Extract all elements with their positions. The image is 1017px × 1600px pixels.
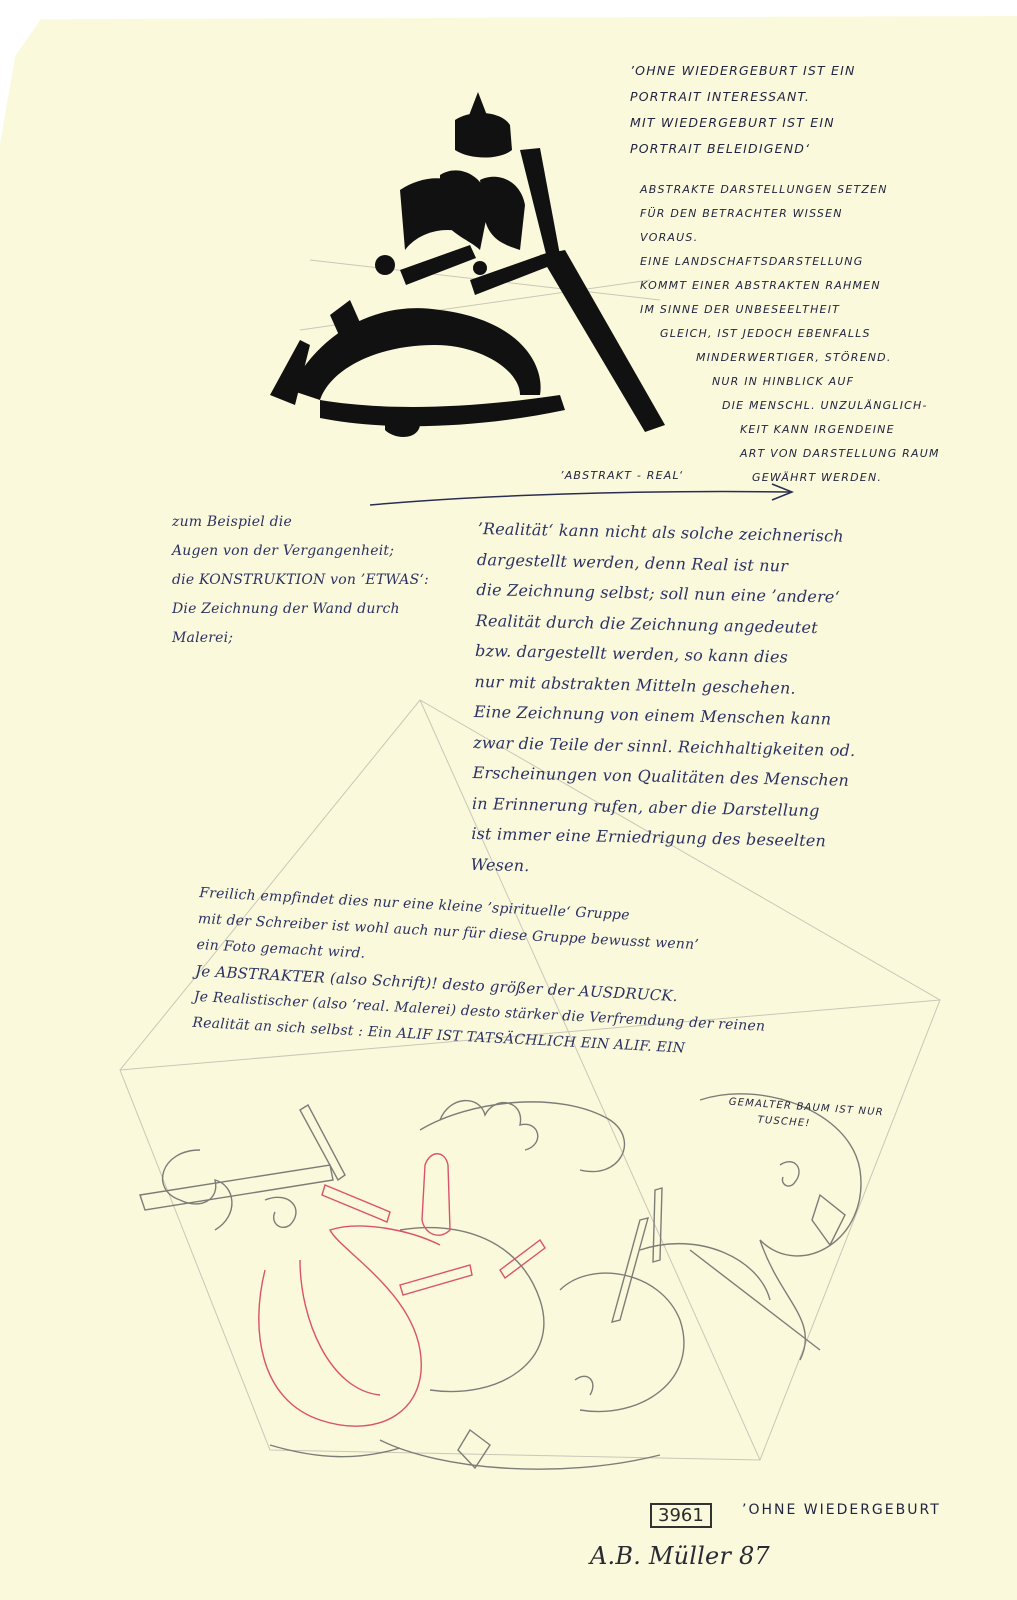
arrow-label: ’ABSTRAKT - Real‘ <box>560 467 683 484</box>
note-line: DIE MENSCHL. UNZULÄNGLICH- <box>640 394 940 418</box>
note-main: ’Realität‘ kann nicht als solche zeichne… <box>470 514 860 888</box>
note-lower: Freilich empfindet dies nur eine kleine … <box>192 880 771 1066</box>
note-line: Augen von der Vergangenheit; <box>172 537 429 566</box>
note-line: IM SINNE DER UNBESEELTHEIT <box>640 298 940 322</box>
note-line: GEWÄHRT WERDEN. <box>640 466 940 490</box>
signature: A.B. Müller 87 <box>590 1538 770 1575</box>
note-line: ART VON DARSTELLUNG RAUM <box>640 442 940 466</box>
note-line: GLEICH, IST JEDOCH EBENFALLS <box>640 322 940 346</box>
note-line: MINDERWERTIGER, STÖREND. <box>640 346 940 370</box>
archive-number: 3961 <box>650 1503 712 1528</box>
calligraphy-emblem-icon <box>270 92 665 437</box>
note-line: die KONSTRUKTION von ’ETWAS‘: <box>172 566 429 595</box>
note-line: Malerei; <box>172 624 429 653</box>
note-left: zum Beispiel die Augen von der Vergangen… <box>172 508 429 653</box>
note-line: ’OHNE WIEDERGEBURT IST EIN <box>630 58 856 84</box>
note-line: PORTRAIT INTERESSANT. <box>630 84 856 110</box>
note-line: KOMMT EINER ABSTRAKTEN RAHMEN <box>640 274 940 298</box>
note-line: ABSTRAKTE DARSTELLUNGEN SETZEN <box>640 178 940 202</box>
red-pencil-sketch-icon <box>259 1154 545 1426</box>
note-line: NUR IN HINBLICK AUF <box>640 370 940 394</box>
note-line: VORAUS. <box>640 226 940 250</box>
note-line: MIT WIEDERGEBURT IST EIN <box>630 110 856 136</box>
note-right-block: ABSTRAKTE DARSTELLUNGEN SETZEN FÜR DEN B… <box>640 178 940 490</box>
note-line: FÜR DEN BETRACHTER WISSEN <box>640 202 940 226</box>
note-top-right: ’OHNE WIEDERGEBURT IST EIN PORTRAIT INTE… <box>630 58 856 162</box>
note-line: KEIT KANN IRGENDEINE <box>640 418 940 442</box>
note-line: Die Zeichnung der Wand durch <box>172 595 429 624</box>
footer-title: ’OHNE WIEDERGEBURT <box>742 1500 941 1522</box>
note-line: EINE LANDSCHAFTSDARSTELLUNG <box>640 250 940 274</box>
note-line: PORTRAIT Beleidigend‘ <box>630 136 856 162</box>
note-line: zum Beispiel die <box>172 508 429 537</box>
pencil-sketch-icon <box>140 1094 861 1469</box>
